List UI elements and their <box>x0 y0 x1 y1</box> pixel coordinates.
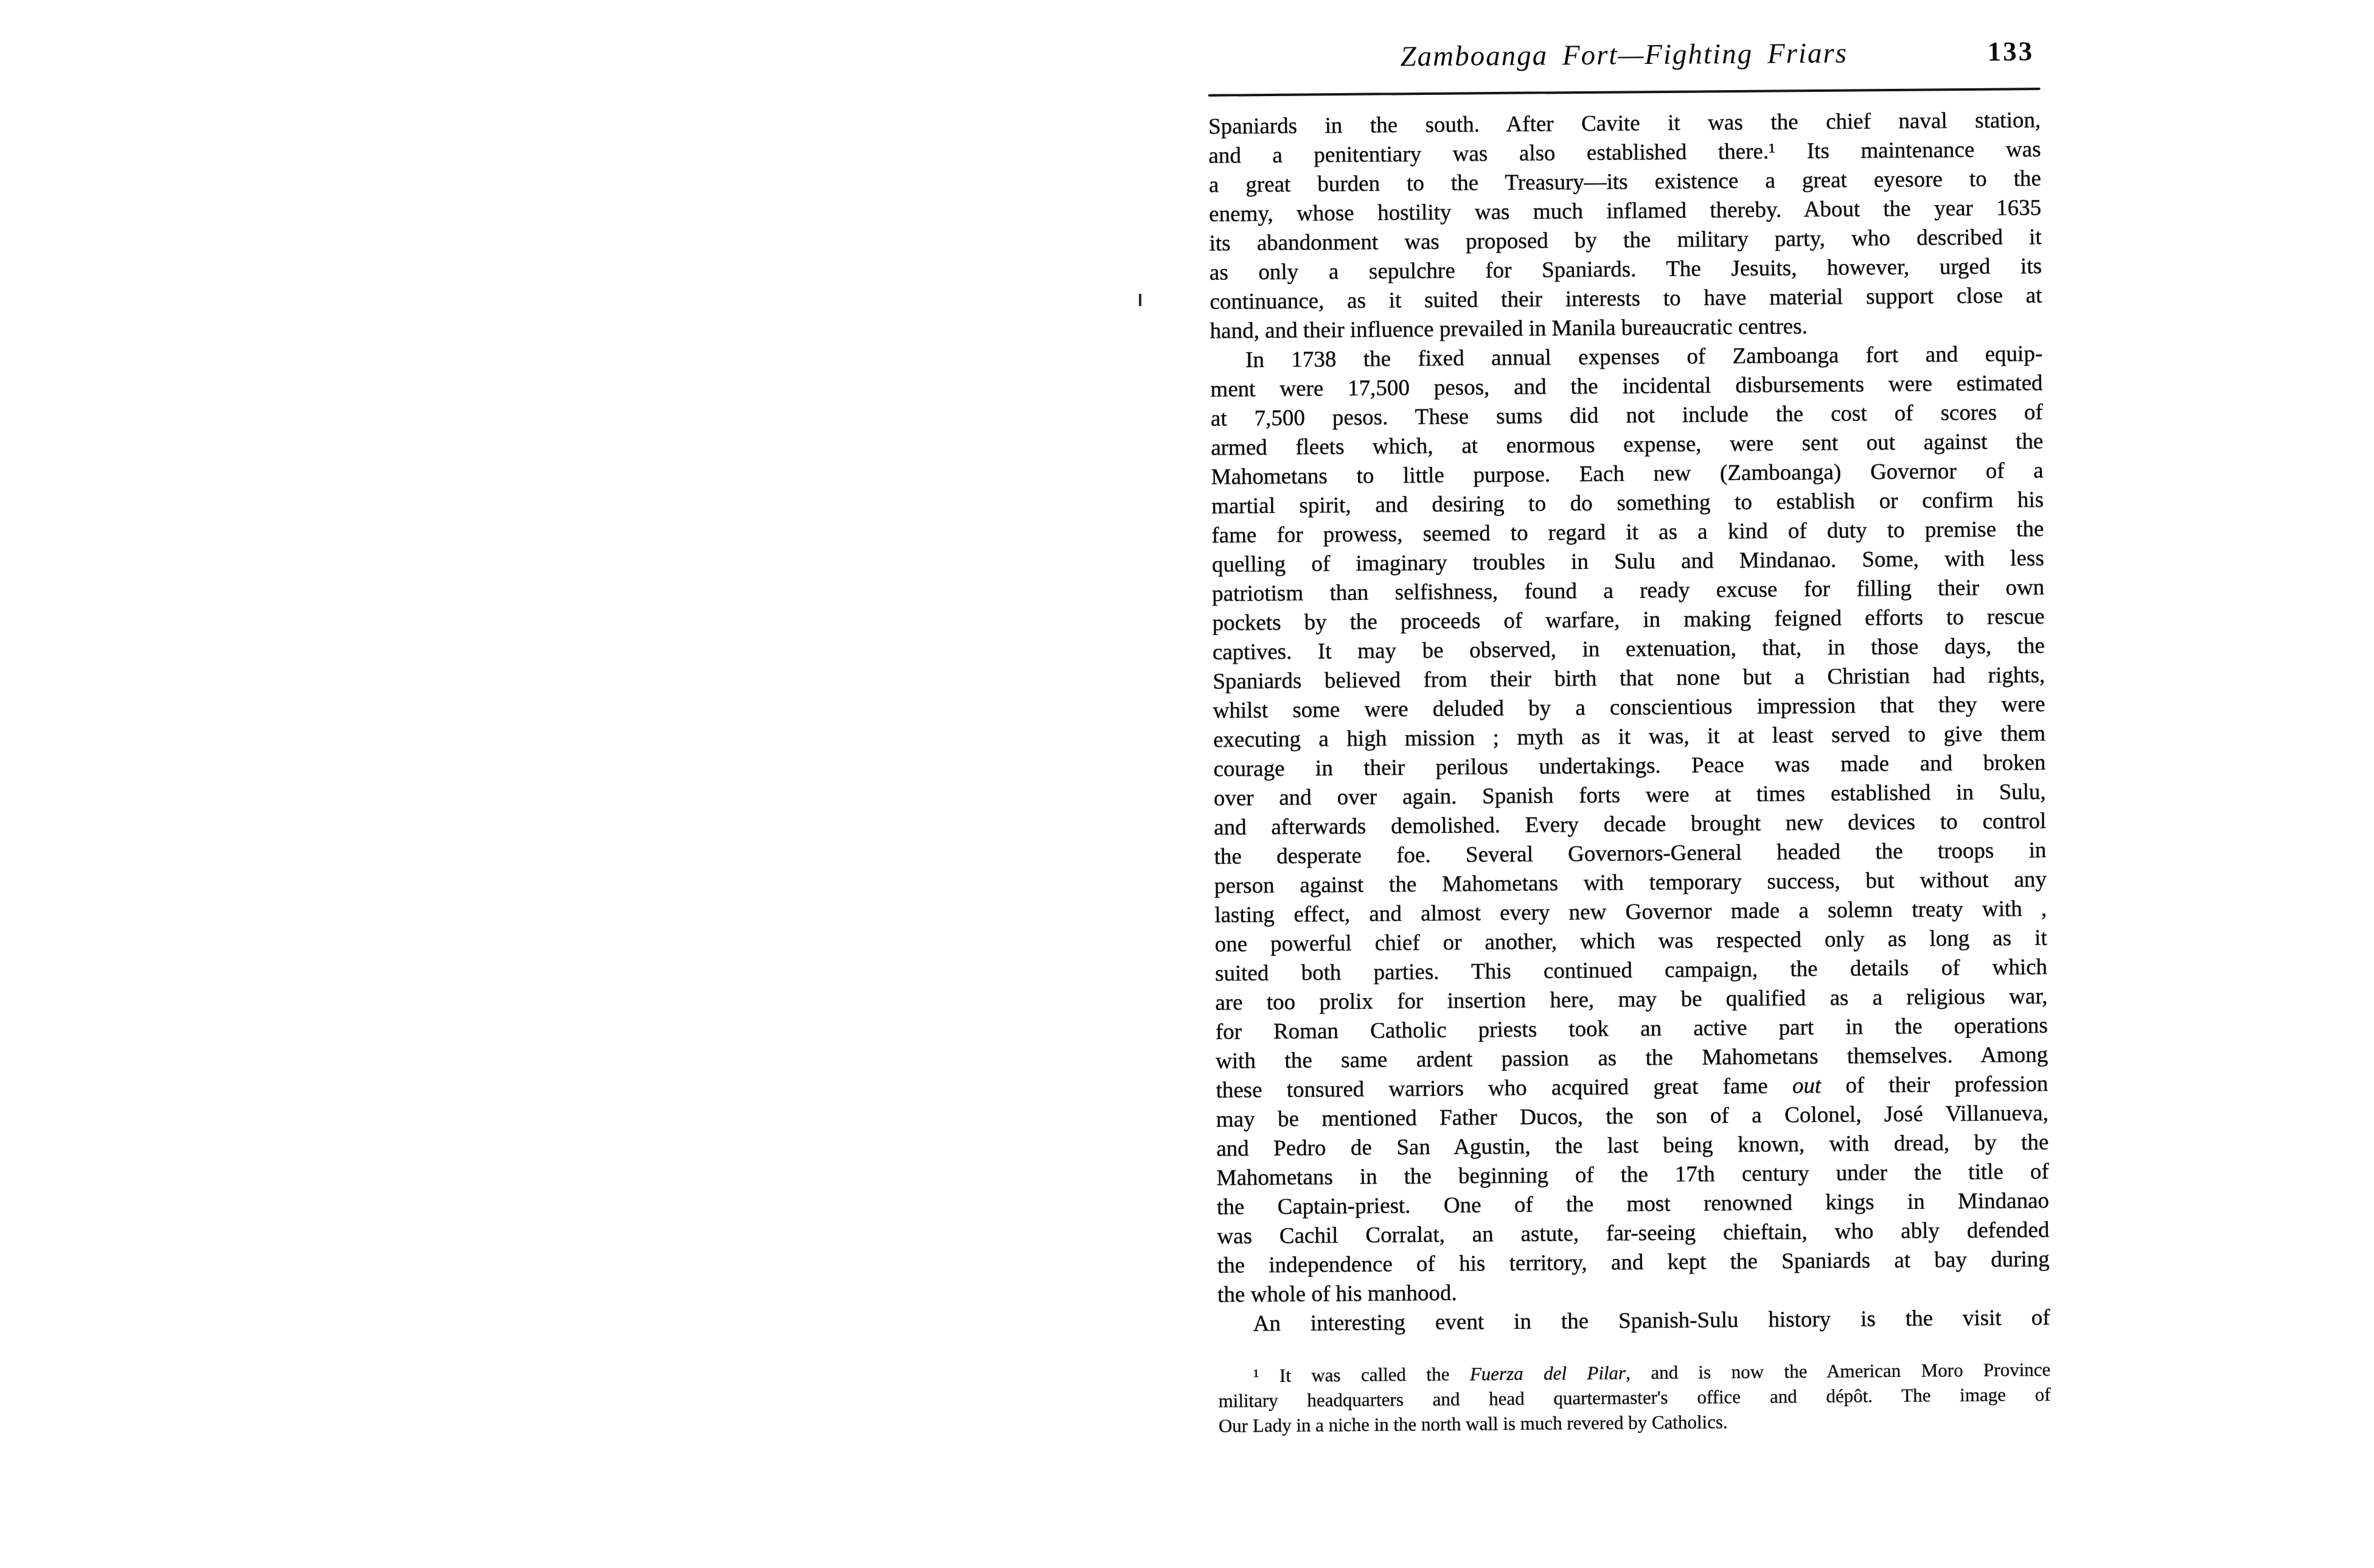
scan-ink-mark <box>1139 294 1141 306</box>
text-column: Zamboanga Fort—Fighting Friars 133 Spani… <box>1208 35 2051 1438</box>
body-text: Spaniards in the south. After Cavite it … <box>1208 106 2050 1339</box>
page-header: Zamboanga Fort—Fighting Friars 133 <box>1208 35 2041 87</box>
text-segment: one powerful chief or another, which was… <box>1215 925 2047 957</box>
text-segment: executing a high mission ; myth as it wa… <box>1213 721 2045 753</box>
text-segment: military headquarters and head quarterma… <box>1218 1384 2050 1412</box>
text-segment: of their profession <box>1821 1071 2049 1098</box>
italic-text: out <box>1792 1073 1822 1098</box>
text-segment: Mahometans to little purpose. Each new (… <box>1211 458 2044 490</box>
text-segment: with the same ardent passion as the Maho… <box>1216 1042 2048 1074</box>
text-segment: martial spirit, and desiring to do somet… <box>1211 487 2044 519</box>
text-segment: In 1738 the fixed annual expenses of Zam… <box>1245 341 2042 372</box>
text-segment: and Pedro de San Agustin, the last being… <box>1216 1130 2049 1162</box>
text-segment: may be mentioned Father Ducos, the son o… <box>1216 1101 2049 1132</box>
text-segment: Spaniards in the south. After Cavite it … <box>1208 108 2041 139</box>
text-segment: over and over again. Spanish forts were … <box>1214 779 2046 811</box>
book-page: Zamboanga Fort—Fighting Friars 133 Spani… <box>0 0 2374 1568</box>
text-segment: ¹ It was called the <box>1253 1363 1470 1386</box>
text-segment: quelling of imaginary troubles in Sulu a… <box>1212 546 2044 577</box>
text-segment: and a penitentiary was also established … <box>1208 137 2041 169</box>
page-number: 133 <box>1988 35 2035 68</box>
text-segment: as only a sepulchre for Spaniards. The J… <box>1210 254 2042 285</box>
text-segment: a great burden to the Treasury—its exist… <box>1209 166 2041 198</box>
text-segment: Spaniards believed from their birth that… <box>1213 663 2045 694</box>
text-segment: , and is now the American Moro Province <box>1626 1359 2050 1383</box>
text-segment: captives. It may be observed, in extenua… <box>1213 633 2045 665</box>
text-segment: An interesting event in the Spanish-Sulu… <box>1253 1305 2050 1336</box>
text-segment: person against the Mahometans with tempo… <box>1214 867 2047 899</box>
text-segment: armed fleets which, at enormous expense,… <box>1211 429 2043 461</box>
text-segment: fame for prowess, seemed to regard it as… <box>1211 517 2044 548</box>
text-segment: the desperate foe. Several Governors-Gen… <box>1214 838 2046 869</box>
text-segment: and afterwards demolished. Every decade … <box>1214 809 2046 840</box>
text-segment: pockets by the proceeds of warfare, in m… <box>1212 604 2044 636</box>
text-segment: lasting effect, and almost every new Gov… <box>1214 896 2047 928</box>
text-segment: the independence of his territory, and k… <box>1217 1247 2050 1278</box>
text-segment: its abandonment was proposed by the mili… <box>1209 225 2041 256</box>
text-line: An interesting event in the Spanish-Sulu… <box>1217 1303 2050 1339</box>
footnote: ¹ It was called the Fuerza del Pilar, an… <box>1218 1357 2051 1438</box>
text-segment: patriotism than selfishness, found a rea… <box>1212 575 2044 607</box>
text-segment: Our Lady in a niche in the north wall is… <box>1219 1411 1728 1437</box>
text-segment: Mahometans in the beginning of the 17th … <box>1217 1159 2049 1191</box>
text-segment: the Captain-priest. One of the most reno… <box>1217 1188 2049 1220</box>
text-segment: are too prolix for insertion here, may b… <box>1215 984 2047 1016</box>
text-segment: for Roman Catholic priests took an activ… <box>1216 1013 2048 1045</box>
text-segment: hand, and their influence prevailed in M… <box>1210 314 1808 344</box>
text-segment: these tonsured warriors who acquired gre… <box>1216 1073 1792 1103</box>
text-segment: whilst some were deluded by a conscienti… <box>1213 692 2045 723</box>
text-segment: at 7,500 pesos. These sums did not inclu… <box>1211 400 2043 431</box>
text-segment: ment were 17,500 pesos, and the incident… <box>1210 371 2042 402</box>
text-segment: suited both parties. This continued camp… <box>1215 955 2047 986</box>
italic-text: Fuerza del Pilar <box>1470 1362 1626 1384</box>
text-segment: continuance, as it suited their interest… <box>1210 283 2042 315</box>
text-segment: courage in their perilous undertakings. … <box>1213 750 2045 782</box>
header-rule <box>1208 88 2041 97</box>
text-segment: the whole of his manhood. <box>1217 1281 1457 1308</box>
text-segment: was Cachil Corralat, an astute, far-seei… <box>1217 1218 2049 1249</box>
text-segment: enemy, whose hostility was much inflamed… <box>1209 195 2041 227</box>
running-title: Zamboanga Fort—Fighting Friars <box>1208 35 2040 75</box>
